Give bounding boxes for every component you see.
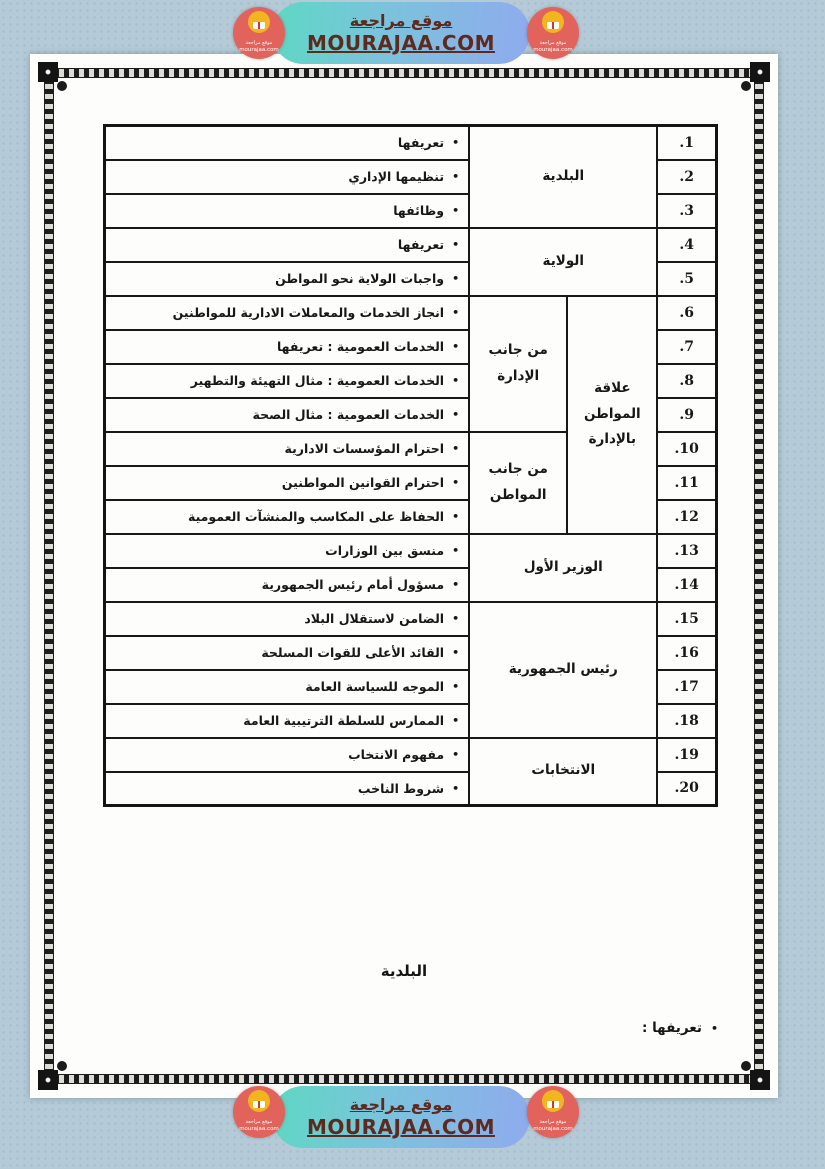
row-number: .16 (657, 636, 716, 670)
row-number: .1 (657, 126, 716, 160)
bullet-icon: • (452, 340, 459, 353)
row-number: .18 (657, 704, 716, 738)
topic-cell: •مفهوم الانتخاب (105, 738, 470, 772)
table-row: .19 الانتخابات •مفهوم الانتخاب (105, 738, 717, 772)
site-domain-link[interactable]: MOURAJAA.COM (307, 31, 495, 55)
topic-text: الحفاظ على المكاسب والمنشآت العمومية (188, 509, 444, 524)
border-dot-icon (741, 81, 751, 91)
bullet-icon: • (452, 714, 459, 727)
bullet-icon: • (452, 578, 459, 591)
row-number: .9 (657, 398, 716, 432)
topic-cell: •الخدمات العمومية : مثال الصحة (105, 398, 470, 432)
topics-table: .1 البلدية •تعريفها .2 •تنظيمها الإداري … (103, 124, 718, 807)
table-row: .13 الوزير الأول •منسق بين الوزارات (105, 534, 717, 568)
topic-text: الممارس للسلطة الترتيبية العامة (243, 713, 444, 728)
topic-text: احترام القوانين المواطنين (282, 475, 444, 490)
document-page: .1 البلدية •تعريفها .2 •تنظيمها الإداري … (30, 54, 778, 1098)
topic-text: تنظيمها الإداري (348, 169, 444, 184)
topic-text: الضامن لاستقلال البلاد (304, 611, 444, 626)
bullet-icon: • (452, 442, 459, 455)
border-dot-icon (57, 1061, 67, 1071)
topic-text: الخدمات العمومية : مثال الصحة (253, 407, 445, 422)
group-cell-citizen-side: من جانب المواطن (469, 432, 567, 534)
logo-text-domain: mourajaa.com (233, 1127, 285, 1133)
topic-text: تعريفها (398, 237, 444, 252)
topic-cell: •احترام المؤسسات الادارية (105, 432, 470, 466)
topic-cell: •الخدمات العمومية : مثال التهيئة والتطهي… (105, 364, 470, 398)
site-name-arabic: موقع مراجعة (350, 11, 453, 30)
topic-cell: •وظائفها (105, 194, 470, 228)
row-number: .10 (657, 432, 716, 466)
site-logo-icon: موقع مراجعة mourajaa.com (233, 1086, 285, 1138)
row-number: .12 (657, 500, 716, 534)
header-site-banner[interactable]: موقع مراجعة MOURAJAA.COM (272, 2, 530, 64)
bullet-icon: • (452, 238, 459, 251)
site-logo-icon: موقع مراجعة mourajaa.com (527, 1086, 579, 1138)
topic-text: القائد الأعلى للقوات المسلحة (261, 645, 444, 660)
logo-text-domain: mourajaa.com (233, 48, 285, 54)
section-heading: البلدية (30, 962, 778, 980)
logo-book-badge-icon (248, 11, 270, 33)
topic-cell: •احترام القوانين المواطنين (105, 466, 470, 500)
logo-text-arabic: موقع مراجعة (527, 41, 579, 46)
topic-text: وظائفها (393, 203, 444, 218)
topic-text: انجاز الخدمات والمعاملات الادارية للمواط… (173, 305, 444, 320)
bullet-icon: • (452, 170, 459, 183)
topic-cell: •تعريفها (105, 126, 470, 160)
topic-cell: •القائد الأعلى للقوات المسلحة (105, 636, 470, 670)
border-ornament-left (44, 68, 54, 1084)
topic-text: الموجه للسياسة العامة (305, 679, 444, 694)
bullet-icon: • (711, 1022, 718, 1035)
border-ornament-top (44, 68, 764, 78)
logo-text-arabic: موقع مراجعة (233, 41, 285, 46)
site-logo-icon: موقع مراجعة mourajaa.com (527, 7, 579, 59)
bullet-icon: • (452, 646, 459, 659)
topic-cell: •انجاز الخدمات والمعاملات الادارية للموا… (105, 296, 470, 330)
bullet-icon: • (452, 782, 459, 795)
row-number: .20 (657, 772, 716, 806)
topic-cell: •واجبات الولاية نحو المواطن (105, 262, 470, 296)
border-dot-icon (57, 81, 67, 91)
bullet-icon: • (452, 612, 459, 625)
table-row: .15 رئيس الجمهورية •الضامن لاستقلال البل… (105, 602, 717, 636)
row-number: .3 (657, 194, 716, 228)
topic-cell: •الضامن لاستقلال البلاد (105, 602, 470, 636)
open-book-icon (547, 1101, 559, 1108)
logo-text-domain: mourajaa.com (527, 48, 579, 54)
footer-site-banner[interactable]: موقع مراجعة MOURAJAA.COM (272, 1086, 530, 1148)
row-number: .13 (657, 534, 716, 568)
topic-cell: •شروط الناخب (105, 772, 470, 806)
topic-text: الخدمات العمومية : تعريفها (277, 339, 444, 354)
logo-text-arabic: موقع مراجعة (233, 1120, 285, 1125)
logo-book-badge-icon (542, 11, 564, 33)
bullet-icon: • (452, 544, 459, 557)
border-ornament-right (754, 68, 764, 1084)
row-number: .4 (657, 228, 716, 262)
topic-cell: •الحفاظ على المكاسب والمنشآت العمومية (105, 500, 470, 534)
row-number: .19 (657, 738, 716, 772)
logo-text-arabic: موقع مراجعة (527, 1120, 579, 1125)
document-canvas: .1 البلدية •تعريفها .2 •تنظيمها الإداري … (0, 0, 825, 1169)
border-dot-icon (741, 1061, 751, 1071)
border-corner-icon (38, 62, 58, 82)
bullet-icon: • (452, 136, 459, 149)
group-cell-premier: الوزير الأول (469, 534, 657, 602)
group-cell-president: رئيس الجمهورية (469, 602, 657, 738)
group-cell-wilaya: الولاية (469, 228, 657, 296)
open-book-icon (253, 22, 265, 29)
border-corner-icon (750, 62, 770, 82)
bullet-icon: • (452, 408, 459, 421)
open-book-icon (547, 22, 559, 29)
row-number: .8 (657, 364, 716, 398)
row-number: .2 (657, 160, 716, 194)
topic-cell: •منسق بين الوزارات (105, 534, 470, 568)
table-row: .4 الولاية •تعريفها (105, 228, 717, 262)
logo-book-badge-icon (542, 1090, 564, 1112)
row-number: .7 (657, 330, 716, 364)
topic-text: منسق بين الوزارات (325, 543, 444, 558)
bullet-icon: • (452, 374, 459, 387)
bullet-icon: • (452, 272, 459, 285)
site-logo-icon: موقع مراجعة mourajaa.com (233, 7, 285, 59)
bullet-icon: • (452, 204, 459, 217)
topic-text: واجبات الولاية نحو المواطن (275, 271, 444, 286)
group-cell-baladiya: البلدية (469, 126, 657, 228)
bullet-icon: • (452, 510, 459, 523)
open-book-icon (253, 1101, 265, 1108)
bullet-icon: • (452, 476, 459, 489)
group-cell-admin-side: من جانب الإدارة (469, 296, 567, 432)
border-corner-icon (750, 1070, 770, 1090)
row-number: .6 (657, 296, 716, 330)
topic-text: تعريفها (398, 135, 444, 150)
topic-cell: •تنظيمها الإداري (105, 160, 470, 194)
topic-text: مفهوم الانتخاب (348, 747, 444, 762)
row-number: .17 (657, 670, 716, 704)
logo-text-domain: mourajaa.com (527, 1127, 579, 1133)
row-number: .15 (657, 602, 716, 636)
site-domain-link[interactable]: MOURAJAA.COM (307, 1115, 495, 1139)
table-row: .6 علاقة المواطن بالإدارة من جانب الإدار… (105, 296, 717, 330)
row-number: .5 (657, 262, 716, 296)
topic-cell: •الموجه للسياسة العامة (105, 670, 470, 704)
topic-cell: •الممارس للسلطة الترتيبية العامة (105, 704, 470, 738)
topic-cell: •مسؤول أمام رئيس الجمهورية (105, 568, 470, 602)
bullet-icon: • (452, 680, 459, 693)
section-bullet-text: تعريفها : (642, 1020, 702, 1036)
logo-book-badge-icon (248, 1090, 270, 1112)
row-number: .14 (657, 568, 716, 602)
topic-cell: •الخدمات العمومية : تعريفها (105, 330, 470, 364)
topic-text: احترام المؤسسات الادارية (285, 441, 445, 456)
bullet-icon: • (452, 306, 459, 319)
section-bullet-line: •تعريفها : (642, 1020, 718, 1036)
bullet-icon: • (452, 748, 459, 761)
table-row: .1 البلدية •تعريفها (105, 126, 717, 160)
topic-text: مسؤول أمام رئيس الجمهورية (262, 577, 444, 592)
topic-text: الخدمات العمومية : مثال التهيئة والتطهير (191, 373, 444, 388)
topic-text: شروط الناخب (358, 781, 444, 796)
group-cell-relation: علاقة المواطن بالإدارة (567, 296, 657, 534)
group-cell-elections: الانتخابات (469, 738, 657, 806)
site-name-arabic: موقع مراجعة (350, 1095, 453, 1114)
border-corner-icon (38, 1070, 58, 1090)
row-number: .11 (657, 466, 716, 500)
topic-cell: •تعريفها (105, 228, 470, 262)
border-ornament-bottom (44, 1074, 764, 1084)
